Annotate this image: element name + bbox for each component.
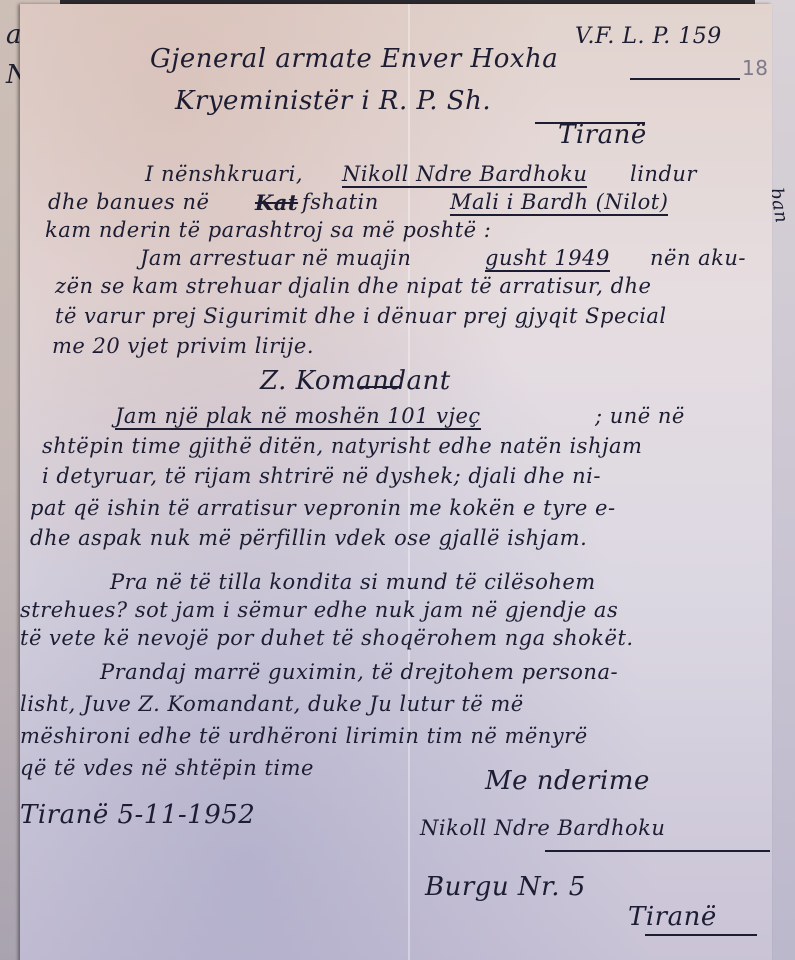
para4-line-1: Prandaj marrë guximin, të drejtohem pers…: [100, 660, 618, 684]
closing-phrase: Me nderime: [485, 766, 650, 796]
para2-line-3: i detyruar, të rijam shtrirë në dyshek; …: [42, 464, 601, 488]
para1-line-1b: nën aku-: [650, 246, 746, 270]
intro-village: Mali i Bardh (Nilot): [450, 190, 668, 216]
place-and-date: Tiranë 5-11-1952: [20, 800, 255, 830]
para2-line-4: pat që ishin të arratisur vepronin me ko…: [30, 496, 616, 520]
para2-age-statement: Jam një plak në moshën 101 vjeç: [115, 404, 481, 430]
intro-line-2b: fshatin: [302, 190, 379, 214]
para4-line-2: lisht, Juve Z. Komandant, duke Ju lutur …: [20, 692, 524, 716]
addressee-line-2: Kryeministër i R. P. Sh.: [175, 86, 491, 116]
para3-line-2: strehues? sot jam i sëmur edhe nuk jam n…: [20, 598, 618, 622]
para4-line-3: mëshironi edhe të urdhëroni lirimin tim …: [20, 724, 588, 748]
para1-arrest-date: gusht 1949: [485, 246, 610, 272]
para1-line-4: me 20 vjet privim lirije.: [52, 334, 314, 358]
signature-name: Nikoll Ndre Bardhoku: [420, 816, 665, 840]
intro-struck-word: Kat: [255, 190, 298, 215]
salutation: Z. Komandant: [260, 366, 451, 396]
para3-line-1: Pra në të tilla kondita si mund të cilës…: [110, 570, 596, 594]
addressee-underline: [630, 78, 740, 80]
letter-page: V.F. L. P. 159 18 Gjeneral armate Enver …: [20, 4, 772, 960]
para1-line-2: zën se kam strehuar djalin dhe nipat të …: [55, 274, 651, 298]
intro-line-2a: dhe banues në: [48, 190, 209, 214]
salutation-dash: [360, 386, 400, 388]
para2-line-5: dhe aspak nuk më përfillin vdek ose gjal…: [30, 526, 587, 550]
para4-line-4: që të vdes në shtëpin time: [20, 756, 314, 780]
signature-underline: [545, 850, 770, 852]
para1-line-1a: Jam arrestuar në muajin: [140, 246, 411, 270]
addressee-city: Tiranë: [558, 120, 647, 150]
intro-line-1b: lindur: [630, 162, 697, 186]
prison-city: Tiranë: [628, 902, 717, 932]
para2-line-2: shtëpin time gjithë ditën, natyrisht edh…: [42, 434, 642, 458]
para1-line-3: të varur prej Sigurimit dhe i dënuar pre…: [55, 304, 667, 328]
intro-line-1a: I nënshkruari,: [145, 162, 303, 186]
prison-city-underline: [645, 934, 757, 936]
addressee-line-1: Gjeneral armate Enver Hoxha: [150, 44, 558, 74]
archive-reference: V.F. L. P. 159: [575, 24, 722, 49]
intro-line-3: kam nderin të parashtroj sa më poshtë :: [45, 218, 491, 242]
para2-line-1b: ; unë në: [595, 404, 685, 428]
intro-author-name: Nikoll Ndre Bardhoku: [342, 162, 587, 188]
pencil-page-number: 18: [742, 56, 768, 80]
prison-address: Burgu Nr. 5: [425, 872, 586, 902]
city-overline: [535, 122, 645, 124]
para3-line-3: të vete kë nevojë por duhet të shoqërohe…: [20, 626, 634, 650]
